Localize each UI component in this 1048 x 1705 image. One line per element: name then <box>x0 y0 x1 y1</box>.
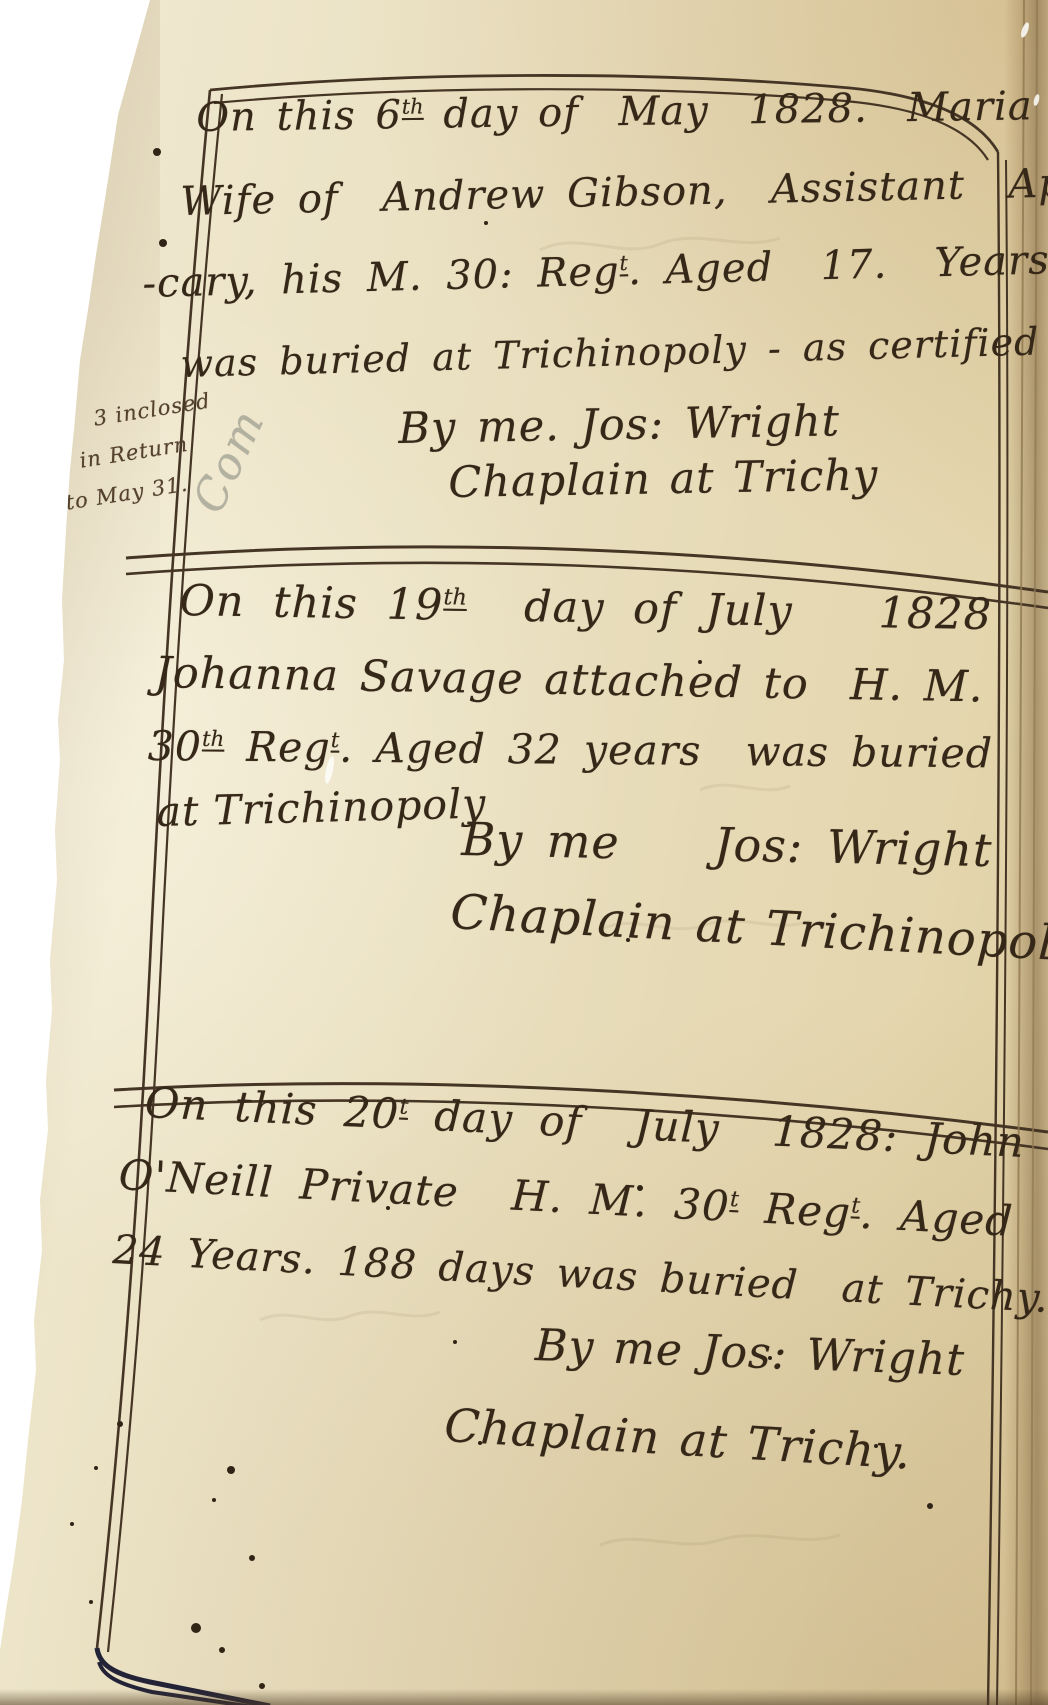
entry-signature: Chaplain at Trichy. <box>443 1400 913 1478</box>
entry-signature: By me. Jos: Wright <box>398 398 840 453</box>
entry-line: On this 20t day of July 1828: John <box>144 1080 1026 1166</box>
register-page: 3 inclosed in Return to May 31. Com On t… <box>0 0 1048 1705</box>
entry-line: -cary, his M. 30: Regt. Aged 17. Years <box>142 238 1048 306</box>
entry-signature: Chaplain at Trichinopoly <box>449 886 1048 972</box>
photo-backdrop: 3 inclosed in Return to May 31. Com On t… <box>0 0 1048 1705</box>
entry-line: 24 Years. 188 days was buried at Trichy. <box>112 1228 1048 1321</box>
entry-line: On this 6th day of May 1828. Maria Ann <box>196 83 1048 140</box>
entry-line: was buried at Trichinopoly - as certifie… <box>180 322 1040 386</box>
entry-line: On this 19th day of July 1828 <box>179 578 992 639</box>
page-bottom-edge <box>0 1689 1048 1705</box>
entry-signature: Chaplain at Trichy <box>448 452 879 507</box>
page-edge-shading <box>0 0 160 1705</box>
entry-line: 30th Regt. Aged 32 years was buried <box>148 724 994 776</box>
entry-line: at Trichinopoly <box>156 781 487 835</box>
entry-line: Johanna Savage attached to H. M. <box>154 650 984 712</box>
entry-line: O'Neill Private H. M. 30t Regt. Aged <box>118 1152 1015 1245</box>
entry-line: Wife of Andrew Gibson, Assistant Apothe- <box>180 159 1048 224</box>
entry-signature: By me Jos: Wright <box>534 1322 965 1385</box>
entry-signature: By me Jos: Wright <box>461 814 993 876</box>
pencil-annotation: Com <box>185 402 274 520</box>
